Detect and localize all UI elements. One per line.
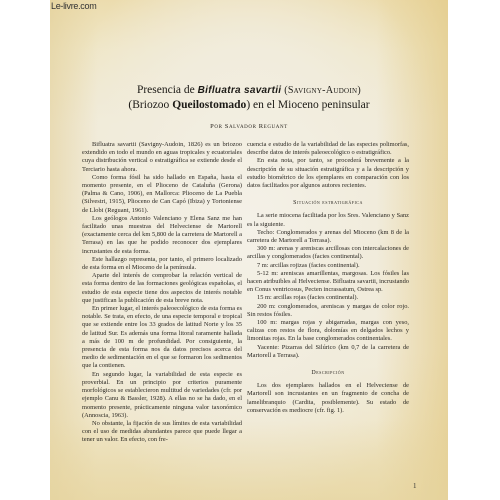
title-line-1: Presencia de Bifluatra savartii (Savigny… — [50, 83, 448, 98]
paragraph: Los geólogos Antonio Valenciano y Elena … — [82, 215, 242, 256]
paragraph: 7 m: arcillas rojizas (facies continenta… — [247, 262, 409, 270]
paragraph: Bifluatra savartii (Savigny-Audoin, 1826… — [82, 141, 242, 174]
paragraph: 300 m: arenas y areniscas arcillosas con… — [247, 245, 409, 261]
author-byline: Por Salvador Reguant — [50, 123, 448, 130]
section-heading-stratigraphy: Situación estratigráfica — [247, 199, 409, 207]
paragraph: 100 m: margas rojas y abigarradas, marga… — [247, 319, 409, 344]
paragraph: 200 m: conglomerados, areniscas y margas… — [247, 303, 409, 319]
paragraph: cuencia e estudio de la variabilidad de … — [247, 141, 409, 157]
paragraph: Techo: Conglomerados y arenas del Miocen… — [247, 229, 409, 245]
species-name: Bifluatra savartii — [198, 85, 282, 96]
paragraph: No obstante, la fijación de sus límites … — [82, 420, 242, 445]
watermark: Le-livre.com — [51, 1, 96, 11]
title-bold-term: Queilostomado — [172, 99, 246, 111]
paragraph: Los dos ejemplares hallados en el Helvec… — [247, 382, 409, 415]
paragraph: 5-12 m: areniscas amarillentas, margosas… — [247, 270, 409, 295]
document-page: Presencia de Bifluatra savartii (Savigny… — [50, 0, 448, 500]
paragraph: En primer lugar, el interés paleoecológi… — [82, 305, 242, 371]
paragraph: En segundo lugar, la variabilidad de est… — [82, 371, 242, 420]
title-text: ) en el Mioceno peninsular — [246, 99, 369, 111]
section-heading-description: Descripción — [247, 369, 409, 377]
paragraph: Aparte del interés de comprobar la relac… — [82, 272, 242, 305]
paragraph: En esta nota, por tanto, se procederá br… — [247, 157, 409, 190]
paragraph: 15 m: arcillas rojas (facies continental… — [247, 294, 409, 302]
left-column: Bifluatra savartii (Savigny-Audoin, 1826… — [82, 141, 242, 445]
right-column: cuencia e estudio de la variabilidad de … — [247, 141, 409, 415]
page-number: 1 — [413, 482, 417, 490]
article-title: Presencia de Bifluatra savartii (Savigny… — [50, 83, 448, 112]
paragraph: Este hallazgo representa, por tanto, el … — [82, 256, 242, 272]
paragraph: Yacente: Pizarras del Silúrico (km 0,7 d… — [247, 344, 409, 360]
title-text: Presencia de — [137, 84, 198, 96]
species-authority: (Savigny-Audoin) — [281, 85, 361, 96]
title-line-2: (Briozoo Queilostomado) en el Mioceno pe… — [50, 98, 448, 112]
paragraph: Como forma fósil ha sido hallado en Espa… — [82, 174, 242, 215]
title-text: (Briozoo — [128, 99, 172, 111]
paragraph: La serie miocena facilitada por los Sres… — [247, 212, 409, 228]
